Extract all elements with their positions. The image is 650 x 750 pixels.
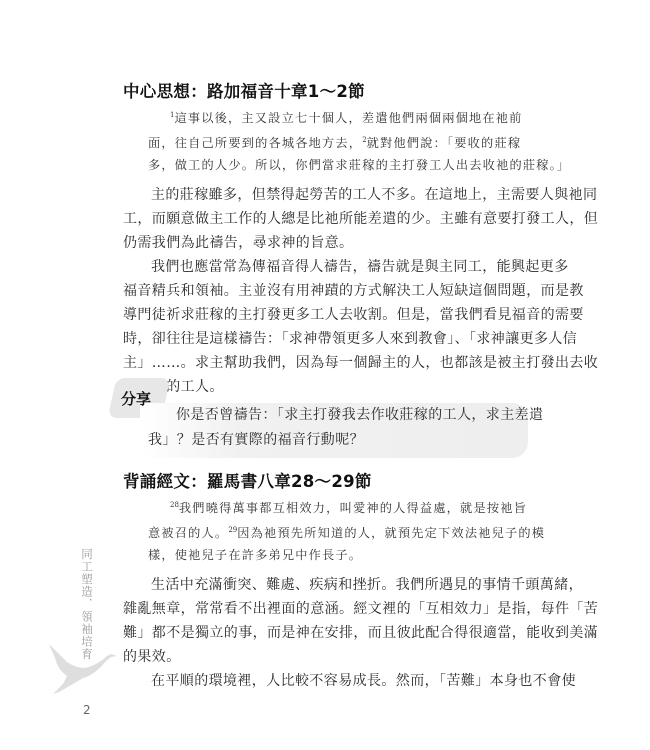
text-line: 導門徒祈求莊稼的主打發更多工人去收割。但是，當我們看見福音的需要 [123,303,528,327]
verse-block-luke: 1這事以後，主又設立七十個人，差遣他們兩個兩個地在祂前 面，往自己所要到的各城各… [148,104,518,176]
text-line: 工，而願意做主工作的人總是比祂所能差遣的少。主雖有意要打發工人，但 [123,207,528,231]
text-line: 主」……。求主幫助我們，因為每一個歸主的人，也都該是被主打發出去收 [123,351,528,375]
verse-line: 多，做工的人少。所以，你們當求莊稼的主打發工人出去收祂的莊稼。」 [148,154,518,176]
paragraph: 在平順的環境裡，人比較不容易成長。然而，「苦難」本身也不會使 [123,669,528,693]
text-line: 你是否曾禱告：「求主打發我去作收莊稼的工人，求主差遣 [148,403,528,428]
verse-number: 28 [170,501,179,509]
text-line: 難」都不是獨立的事，而是神在安排，而且彼此配合得很適當，能收到美滿 [123,621,528,645]
verse-line: 樣，使祂兒子在許多弟兄中作長子。 [148,544,518,566]
crane-bird-icon [45,640,120,695]
page-number: 2 [83,703,91,717]
verse-line: 1這事以後，主又設立七十個人，差遣他們兩個兩個地在祂前 [148,104,518,129]
text-line: 雜亂無章，常常看不出裡面的意涵。經文裡的「互相效力」是指，每件「苦 [123,597,528,621]
text-line: 福音精兵和領袖。主並沒有用神蹟的方式解決工人短缺這個問題，而是教 [123,279,528,303]
text-line: 我」？是否有實際的福音行動呢？ [148,428,528,453]
verse-line: 28我們曉得萬事都互相效力，叫愛神的人得益處，就是按祂旨 [148,494,518,519]
text-line: 在平順的環境裡，人比較不容易成長。然而，「苦難」本身也不會使 [123,669,528,693]
section-heading-memory-verse: 背誦經文：羅馬書八章28～29節 [123,472,372,492]
text-line: 主的莊稼雖多，但禁得起勞苦的工人不多。在這地上，主需要人與祂同 [123,183,528,207]
verse-block-romans: 28我們曉得萬事都互相效力，叫愛神的人得益處，就是按祂旨 意被召的人。29因為祂… [148,494,518,566]
verse-line: 意被召的人。29因為祂預先所知道的人，就預先定下效法祂兒子的模 [148,519,518,544]
book-page: 中心思想：路加福音十章1～2節 1這事以後，主又設立七十個人，差遣他們兩個兩個地… [0,0,650,750]
text-line: 的果效。 [123,645,528,669]
section-heading-central-thought: 中心思想：路加福音十章1～2節 [123,82,365,102]
text-line: 割莊稼的工人。 [123,375,528,399]
verse-line: 面，往自己所要到的各城各地方去，2就對他們說：「要收的莊稼 [148,129,518,154]
paragraph: 我們也應當常為傳福音得人禱告，禱告就是與主同工，能興起更多 福音精兵和領袖。主並… [123,255,528,399]
text-line: 生活中充滿衝突、難處、疾病和挫折。我們所遇見的事情千頭萬緒， [123,573,528,597]
text-line: 時，卻往往是這樣禱告：「求神帶領更多人來到教會」、「求神讓更多人信 [123,327,528,351]
verse-number: 29 [228,526,237,534]
paragraph: 生活中充滿衝突、難處、疾病和挫折。我們所遇見的事情千頭萬緒， 雜亂無章，常常看不… [123,573,528,669]
text-line: 我們也應當常為傳福音得人禱告，禱告就是與主同工，能興起更多 [123,255,528,279]
share-question: 你是否曾禱告：「求主打發我去作收莊稼的工人，求主差遣 我」？是否有實際的福音行動… [148,403,528,453]
share-label: 分享 [121,388,151,409]
paragraph: 主的莊稼雖多，但禁得起勞苦的工人不多。在這地上，主需要人與祂同 工，而願意做主工… [123,183,528,255]
text-line: 仍需我們為此禱告，尋求神的旨意。 [123,231,528,255]
